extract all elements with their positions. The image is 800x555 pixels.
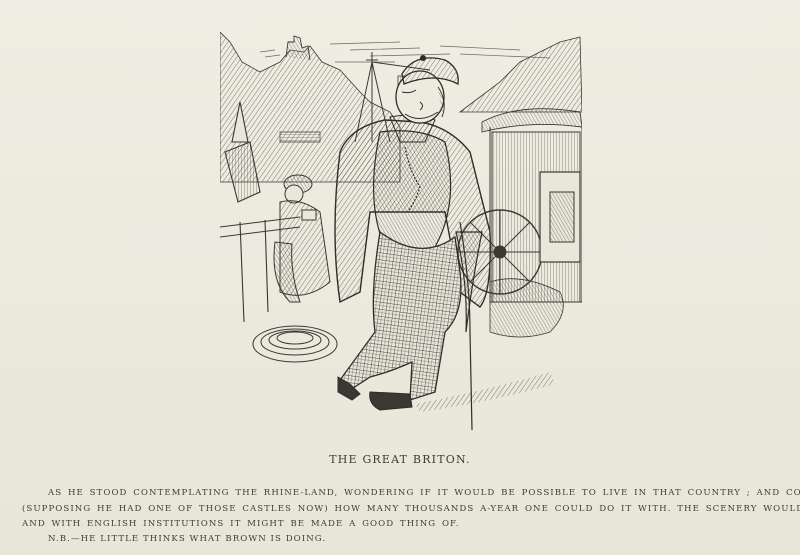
caption-line-3: AND WITH ENGLISH INSTITUTIONS IT MIGHT B…	[22, 517, 782, 533]
engraving-svg	[220, 32, 582, 437]
engraving-illustration	[220, 32, 582, 437]
book-page: THE GREAT BRITON. AS HE STOOD CONTEMPLAT…	[0, 0, 800, 555]
caption-line-2: (SUPPOSING HE HAD ONE OF THOSE CASTLES N…	[22, 502, 782, 518]
illustration-title: THE GREAT BRITON.	[0, 453, 800, 466]
caption-line-1: AS HE STOOD CONTEMPLATING THE RHINE-LAND…	[22, 486, 782, 502]
caption-paragraph: AS HE STOOD CONTEMPLATING THE RHINE-LAND…	[22, 486, 782, 533]
caption-note: N.B.—HE LITTLE THINKS WHAT BROWN IS DOIN…	[48, 534, 326, 544]
